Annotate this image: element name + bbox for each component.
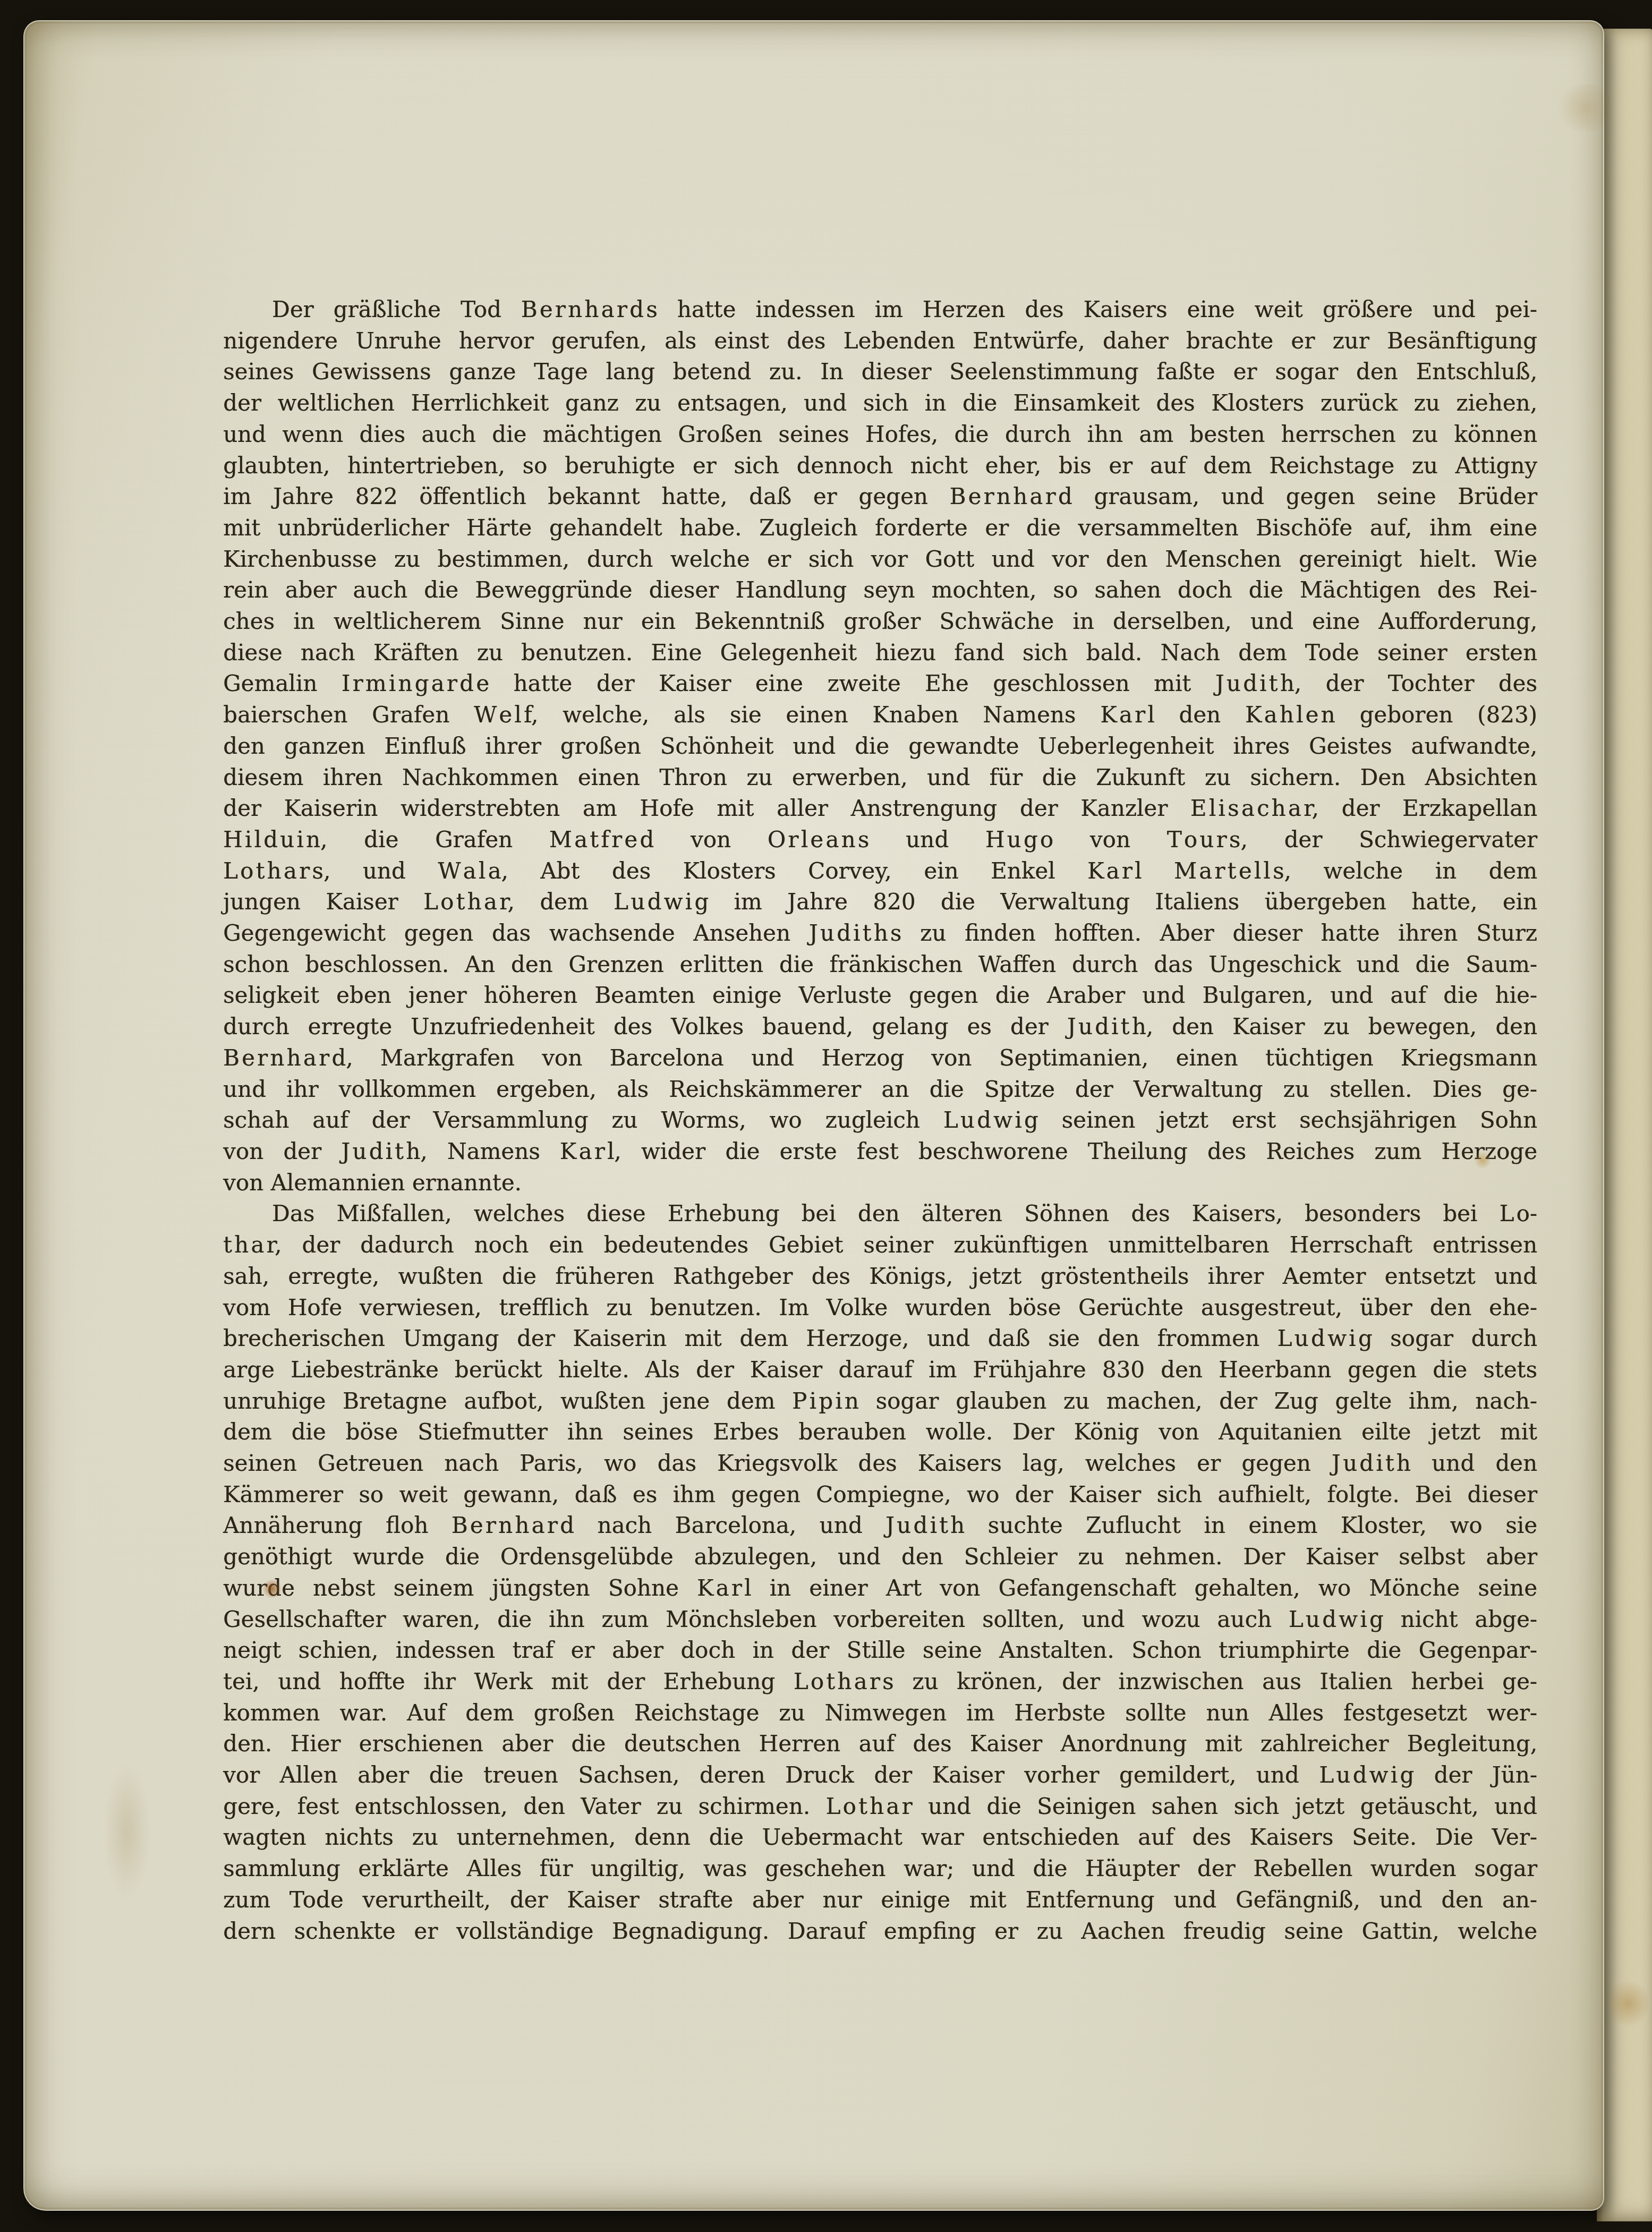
text-line: jungen Kaiser L o t h a r, dem L u d w i…	[223, 887, 1537, 918]
text-line: und ihr vollkommen ergeben, als Reichskä…	[223, 1074, 1537, 1105]
text-line: und wenn dies auch die mächtigen Großen …	[223, 419, 1537, 450]
text-line: von der J u d i t h, Namens K a r l, wid…	[223, 1136, 1537, 1168]
text-line: Kirchenbusse zu bestimmen, durch welche …	[223, 544, 1537, 575]
text-line: Kämmerer so weit gewann, daß es ihm gege…	[223, 1479, 1537, 1511]
text-line: den ganzen Einfluß ihrer großen Schönhei…	[223, 731, 1537, 762]
text-line: der weltlichen Herrlichkeit ganz zu ents…	[223, 388, 1537, 419]
text-line: Das Mißfallen, welches diese Erhebung be…	[223, 1198, 1537, 1230]
text-line: rein aber auch die Beweggründe dieser Ha…	[223, 575, 1537, 606]
text-line: neigt schien, indessen traf er aber doch…	[223, 1635, 1537, 1666]
text-line: schah auf der Versammlung zu Worms, wo z…	[223, 1105, 1537, 1136]
text-line: gere, fest entschlossen, den Vater zu sc…	[223, 1791, 1537, 1822]
paragraph-2: Das Mißfallen, welches diese Erhebung be…	[223, 1198, 1537, 1947]
text-line: tei, und hoffte ihr Werk mit der Erhebun…	[223, 1666, 1537, 1698]
text-line: wurde nebst seinem jüngsten Sohne K a r …	[223, 1573, 1537, 1604]
text-line: durch erregte Unzufriedenheit des Volkes…	[223, 1011, 1537, 1043]
text-line: ches in weltlicherem Sinne nur ein Beken…	[223, 606, 1537, 637]
book-page: Der gräßliche Tod B e r n h a r d s hatt…	[23, 20, 1604, 2211]
text-line: der Kaiserin widerstrebten am Hofe mit a…	[223, 793, 1537, 824]
text-line: diesem ihren Nachkommen einen Thron zu e…	[223, 762, 1537, 794]
text-line: seligkeit eben jener höheren Beamten ein…	[223, 980, 1537, 1011]
text-line: L o t h a r s, und W a l a, Abt des Klos…	[223, 856, 1537, 887]
next-page-edge	[1597, 29, 1652, 2221]
text-line: baierschen Grafen W e l f, welche, als s…	[223, 700, 1537, 731]
text-line: sammlung erklärte Alles für ungiltig, wa…	[223, 1853, 1537, 1885]
page-text: Der gräßliche Tod B e r n h a r d s hatt…	[223, 294, 1537, 1947]
text-line: den. Hier erschienen aber die deutschen …	[223, 1728, 1537, 1760]
text-line: genöthigt wurde die Ordensgelübde abzule…	[223, 1541, 1537, 1573]
paper-discoloration	[103, 1762, 151, 1901]
text-line: unruhige Bretagne aufbot, wußten jene de…	[223, 1386, 1537, 1417]
text-line: B e r n h a r d, Markgrafen von Barcelon…	[223, 1043, 1537, 1074]
text-line: wagten nichts zu unternehmen, denn die U…	[223, 1822, 1537, 1853]
text-line: Der gräßliche Tod B e r n h a r d s hatt…	[223, 294, 1537, 326]
text-line: diese nach Kräften zu benutzen. Eine Gel…	[223, 637, 1537, 669]
text-line: zum Tode verurtheilt, der Kaiser strafte…	[223, 1885, 1537, 1916]
paragraph-1: Der gräßliche Tod B e r n h a r d s hatt…	[223, 294, 1537, 1198]
text-line: brecherischen Umgang der Kaiserin mit de…	[223, 1323, 1537, 1354]
text-line: t h a r, der dadurch noch ein bedeutende…	[223, 1230, 1537, 1261]
text-line: nigendere Unruhe hervor gerufen, als ein…	[223, 326, 1537, 357]
text-line: kommen war. Auf dem großen Reichstage zu…	[223, 1698, 1537, 1729]
text-line: im Jahre 822 öffentlich bekannt hatte, d…	[223, 481, 1537, 513]
text-line: arge Liebestränke berückt hielte. Als de…	[223, 1354, 1537, 1386]
text-line: Gemalin I r m i n g a r d e hatte der Ka…	[223, 668, 1537, 700]
text-line: Annäherung floh B e r n h a r d nach Bar…	[223, 1510, 1537, 1541]
text-line: seinen Getreuen nach Paris, wo das Krieg…	[223, 1448, 1537, 1479]
text-line: Gegengewicht gegen das wachsende Ansehen…	[223, 918, 1537, 949]
text-line: mit unbrüderlicher Härte gehandelt habe.…	[223, 513, 1537, 544]
text-line: vom Hofe verwiesen, trefflich zu benutze…	[223, 1292, 1537, 1324]
text-line: sah, erregte, wußten die früheren Rathge…	[223, 1261, 1537, 1292]
text-line: H i l d u i n, die Grafen M a t f r e d …	[223, 824, 1537, 856]
book-scan: Der gräßliche Tod B e r n h a r d s hatt…	[0, 0, 1652, 2232]
text-line: dern schenkte er vollständige Begnadigun…	[223, 1916, 1537, 1947]
text-line: schon beschlossen. An den Grenzen erlitt…	[223, 949, 1537, 981]
text-line: glaubten, hintertrieben, so beruhigte er…	[223, 450, 1537, 482]
text-line: Gesellschafter waren, die ihn zum Mönchs…	[223, 1604, 1537, 1635]
text-line: seines Gewissens ganze Tage lang betend …	[223, 356, 1537, 388]
text-line: dem die böse Stiefmutter ihn seines Erbe…	[223, 1417, 1537, 1448]
text-line: von Alemannien ernannte.	[223, 1168, 1537, 1199]
text-line: vor Allen aber die treuen Sachsen, deren…	[223, 1760, 1537, 1791]
